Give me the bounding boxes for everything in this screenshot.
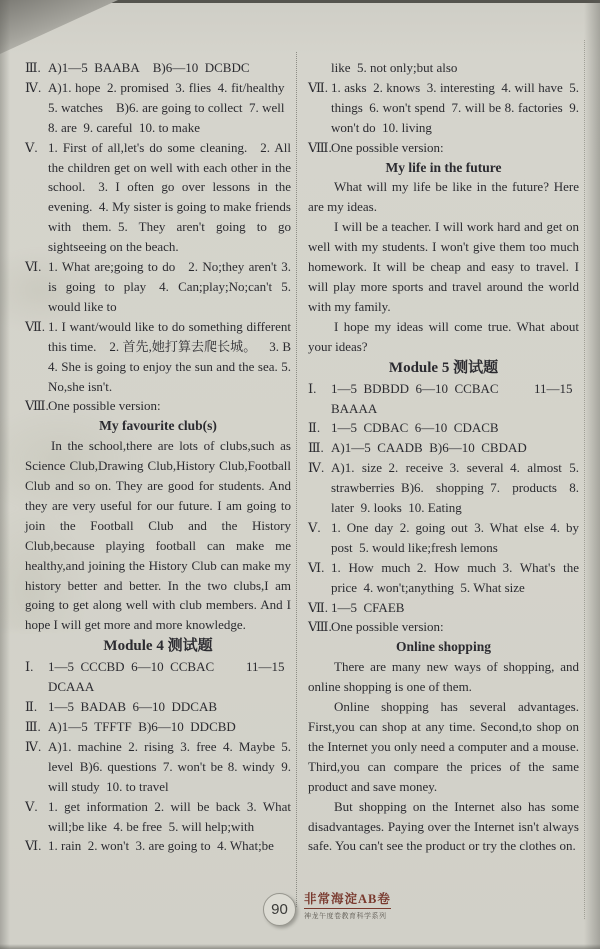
item-marker: Ⅶ. [308,78,328,98]
item-text: 1. First of all,let's do some cleaning. … [48,140,291,255]
item-text: 1. What are;going to do 2. No;they aren'… [48,259,291,314]
essay-title: My life in the future [308,158,579,178]
answer-item: Ⅵ.1. What are;going to do 2. No;they are… [25,257,291,317]
column-divider [296,52,297,907]
essay-paragraph: I will be a teacher. I will work hard an… [308,217,579,317]
answer-item: Ⅳ.A)1. hope 2. promised 3. flies 4. fit/… [25,78,291,138]
item-text: 1—5 CFAEB [331,600,404,615]
essay-paragraph: But shopping on the Internet also has so… [308,797,579,857]
answer-item: Ⅲ.A)1—5 TFFTF B)6—10 DDCBD [25,717,291,737]
answer-item: Ⅳ.A)1. machine 2. rising 3. free 4. Mayb… [25,737,291,797]
essay-title: Online shopping [308,637,579,657]
module-title: Module 5 测试题 [308,357,579,379]
series-branding: 非常海淀AB卷 神龙午度卷教育科学系列 [304,889,391,921]
item-marker: Ⅵ. [25,257,41,277]
item-marker: Ⅲ. [308,438,324,458]
item-marker: Ⅴ. [25,138,38,158]
answer-item: Ⅴ.1. get information 2. will be back 3. … [25,797,291,837]
series-title: 非常海淀AB卷 [304,889,391,909]
item-text: 1—5 CDBAC 6—10 CDACB [331,420,499,435]
item-text: 1—5 BADAB 6—10 DDCAB [48,699,217,714]
item-marker: Ⅴ. [25,797,38,817]
answer-item: Ⅴ.1. First of all,let's do some cleaning… [25,138,291,257]
item-marker: Ⅱ. [25,697,37,717]
essay-paragraph: I hope my ideas will come true. What abo… [308,317,579,357]
answer-item: Ⅷ.One possible version: [308,138,579,158]
item-text: One possible version: [331,140,444,155]
continuation-text: like 5. not only;but also [308,58,579,78]
item-marker: Ⅲ. [25,58,41,78]
item-text: A)1—5 CAADB B)6—10 CBDAD [331,440,527,455]
item-marker: Ⅵ. [25,836,41,856]
item-marker: Ⅰ. [25,657,33,677]
answer-item: Ⅶ.1—5 CFAEB [308,598,579,618]
item-marker: Ⅶ. [25,317,45,337]
item-text: 1. One day 2. going out 3. What else 4. … [331,520,579,555]
item-marker: Ⅷ. [308,617,332,637]
essay-paragraph: There are many new ways of shopping, and… [308,657,579,697]
item-marker: Ⅷ. [25,396,49,416]
item-marker: Ⅳ. [308,458,324,478]
answer-item: Ⅲ.A)1—5 CAADB B)6—10 CBDAD [308,438,579,458]
item-marker: Ⅳ. [25,78,41,98]
item-text: 1. I want/would like to do something dif… [48,319,291,394]
item-text: 1—5 CCCBD 6—10 CCBAC 11—15 DCAAA [48,659,291,694]
answer-item: Ⅷ.One possible version: [25,396,291,416]
item-marker: Ⅱ. [308,418,320,438]
item-text: One possible version: [331,619,444,634]
footer: 90 非常海淀AB卷 神龙午度卷教育科学系列 [263,889,391,935]
item-text: 1. How much 2. How much 3. What's the pr… [331,560,579,595]
item-marker: Ⅳ. [25,737,41,757]
item-text: A)1. hope 2. promised 3. flies 4. fit/he… [48,80,291,135]
scan-bottom-edge-shadow [0,944,600,949]
answer-item: Ⅶ.1. asks 2. knows 3. interesting 4. wil… [308,78,579,138]
item-text: 1. get information 2. will be back 3. Wh… [48,799,291,834]
item-text: A)1—5 TFFTF B)6—10 DDCBD [48,719,236,734]
scan-right-edge-shadow [584,0,600,949]
answer-item: Ⅵ.1. rain 2. won't 3. are going to 4. Wh… [25,836,291,856]
column-right: like 5. not only;but alsoⅦ.1. asks 2. kn… [308,58,579,856]
item-text: A)1—5 BAABA B)6—10 DCBDC [48,60,250,75]
answer-item: Ⅳ.A)1. size 2. receive 3. several 4. alm… [308,458,579,518]
page-number-badge: 90 [263,893,296,926]
answer-item: Ⅰ.1—5 BDBDD 6—10 CCBAC 11—15 BAAAA [308,379,579,419]
essay-title: My favourite club(s) [25,416,291,436]
item-marker: Ⅴ. [308,518,321,538]
item-text: A)1. size 2. receive 3. several 4. almos… [331,460,579,515]
answer-item: Ⅱ.1—5 BADAB 6—10 DDCAB [25,697,291,717]
answer-item: Ⅲ.A)1—5 BAABA B)6—10 DCBDC [25,58,291,78]
item-marker: Ⅰ. [308,379,316,399]
answer-item: Ⅴ.1. One day 2. going out 3. What else 4… [308,518,579,558]
item-text: 1. rain 2. won't 3. are going to 4. What… [48,838,274,853]
answer-item: Ⅱ.1—5 CDBAC 6—10 CDACB [308,418,579,438]
essay-paragraph: What will my life be like in the future?… [308,177,579,217]
series-subtitle: 神龙午度卷教育科学系列 [304,911,391,921]
scan-left-edge-shadow [0,0,10,949]
item-marker: Ⅶ. [308,598,328,618]
answer-item: Ⅵ.1. How much 2. How much 3. What's the … [308,558,579,598]
answer-columns: Ⅲ.A)1—5 BAABA B)6—10 DCBDCⅣ.A)1. hope 2.… [0,0,600,949]
module-title: Module 4 测试题 [25,635,291,657]
page-number: 90 [271,901,288,918]
item-text: A)1. machine 2. rising 3. free 4. Maybe … [48,739,291,794]
item-marker: Ⅲ. [25,717,41,737]
essay-paragraph: In the school,there are lots of clubs,su… [25,436,291,635]
answer-item: Ⅶ.1. I want/would like to do something d… [25,317,291,397]
item-text: 1—5 BDBDD 6—10 CCBAC 11—15 BAAAA [331,381,579,416]
answer-item: Ⅰ.1—5 CCCBD 6—10 CCBAC 11—15 DCAAA [25,657,291,697]
item-marker: Ⅵ. [308,558,324,578]
scanned-answer-page: Ⅲ.A)1—5 BAABA B)6—10 DCBDCⅣ.A)1. hope 2.… [0,0,600,949]
item-marker: Ⅷ. [308,138,332,158]
column-left: Ⅲ.A)1—5 BAABA B)6—10 DCBDCⅣ.A)1. hope 2.… [25,58,291,856]
item-text: One possible version: [48,398,161,413]
item-text: 1. asks 2. knows 3. interesting 4. will … [331,80,579,135]
answer-item: Ⅷ.One possible version: [308,617,579,637]
essay-paragraph: Online shopping has several advantages. … [308,697,579,797]
